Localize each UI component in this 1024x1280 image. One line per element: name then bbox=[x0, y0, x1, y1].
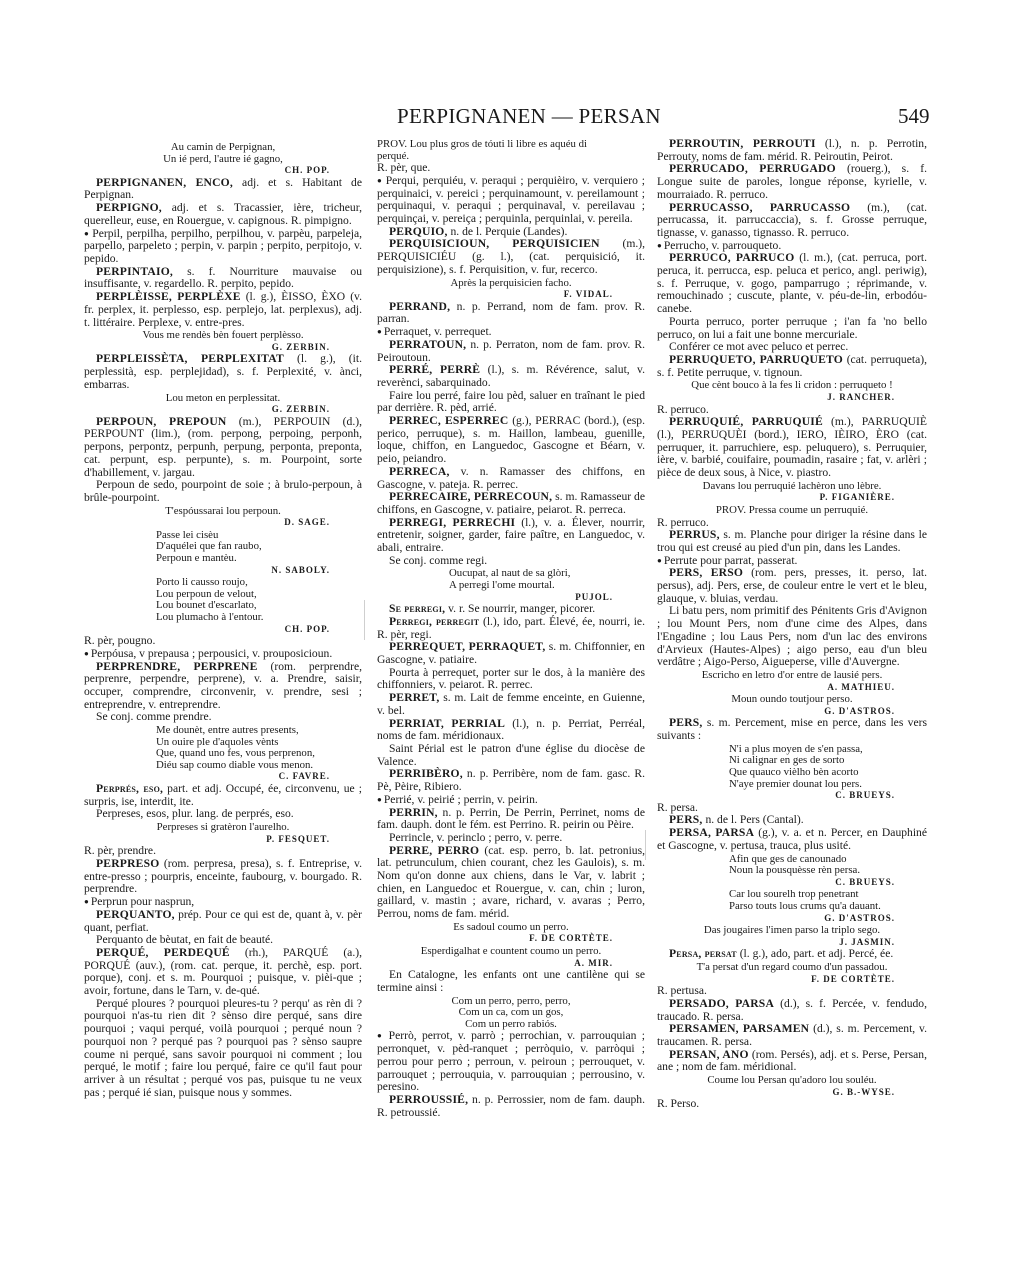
citation-quote: Davans lou perruquié lachèron uno lèbre.… bbox=[657, 481, 927, 504]
dictionary-entry: PERROUTIN, PERROUTI (l.), n. p. Perrotin… bbox=[657, 138, 927, 163]
quote-line: N'aye premier dounat lou pers. bbox=[729, 779, 927, 791]
headword: PERPLÈISSE, PERPLÈXE bbox=[96, 290, 241, 303]
entry-text: Li batu pers, nom primitif des Pénitents… bbox=[657, 604, 927, 668]
citation-quote: Après la perquisicien facho.F. VIDAL. bbox=[377, 278, 645, 301]
headword: Persa, persat bbox=[669, 947, 737, 960]
citation-quote: Me dounèt, entre autres presents,Un ouir… bbox=[84, 725, 362, 783]
dictionary-entry: PERPINTAIO, s. f. Nourriture mauvaise ou… bbox=[84, 266, 362, 291]
dictionary-entry: R. Perso. bbox=[657, 1098, 927, 1111]
headword: PERPINTAIO, bbox=[96, 265, 173, 278]
column-right: PERROUTIN, PERROUTI (l.), n. p. Perrotin… bbox=[657, 138, 927, 1111]
dictionary-entry: Perpoun de sedo, pourpoint de soie ; à b… bbox=[84, 479, 362, 504]
citation-quote: Es sadoul coumo un perro.F. DE CORTÈTE. bbox=[377, 922, 645, 945]
quote-source: A. MATHIEU. bbox=[657, 682, 927, 694]
entry-text: Perpreses, esos, plur. lang. de perprés,… bbox=[96, 807, 294, 820]
entry-text: Perrucho, v. parrouqueto. bbox=[664, 239, 781, 252]
headword: PERRE, PERRO bbox=[389, 844, 479, 857]
entry-text: Pourta à perrequet, porter sur le dos, à… bbox=[377, 666, 645, 692]
quote-line: Esperdigalhat e countent coumo un perro. bbox=[377, 946, 645, 958]
headword: PERSADO, PARSA bbox=[669, 997, 774, 1010]
dictionary-entry: PERREQUET, PERRAQUET, s. m. Chiffonnier,… bbox=[377, 641, 645, 666]
citation-quote: N'i a plus moyen de s'en passa,Ni calign… bbox=[657, 744, 927, 802]
quote-source: C. BRUEYS. bbox=[729, 790, 927, 802]
dictionary-entry: PERSADO, PARSA (d.), s. f. Percée, v. fe… bbox=[657, 998, 927, 1023]
dictionary-entry: Perpreses, esos, plur. lang. de perprés,… bbox=[84, 808, 362, 821]
headword: Perprés, eso, bbox=[96, 782, 163, 795]
dictionary-entry: PERSA, PARSA (g.), v. a. et n. Percer, e… bbox=[657, 827, 927, 852]
citation-quote: Passe lei cisèuD'aquélei que fan raubo, … bbox=[84, 530, 362, 576]
headword: PERRIN, bbox=[389, 806, 438, 819]
dictionary-entry: PERPLEISSÈTA, PERPLEXITAT (l. g.), (it. … bbox=[84, 353, 362, 391]
dictionary-entry: Persa, persat (l. g.), ado, part. et adj… bbox=[657, 948, 927, 961]
cross-reference-entry: Perrò, perrot, v. parrò ; perrochian, v.… bbox=[377, 1030, 645, 1094]
headword: PERRET, bbox=[389, 691, 439, 704]
headword: PERPRESO bbox=[96, 857, 159, 870]
headword: PERPLEISSÈTA, PERPLEXITAT bbox=[96, 352, 284, 365]
quote-line: Das jougaires l'imen parso la triplo seg… bbox=[657, 925, 927, 937]
headword: PERQUANTO, bbox=[96, 908, 175, 921]
entry-text: Perqué ploures ? pourquoi pleures-tu ? p… bbox=[84, 997, 362, 1099]
entry-text: R. pèr, que. bbox=[377, 161, 430, 174]
dictionary-entry: Saint Périal est le patron d'une église … bbox=[377, 743, 645, 768]
citation-quote: Das jougaires l'imen parso la triplo seg… bbox=[657, 925, 927, 948]
dictionary-entry: PERRUCADO, PERRUGADO (rouerg.), s. f. Lo… bbox=[657, 163, 927, 201]
quote-source: D. SAGE. bbox=[84, 517, 362, 529]
dictionary-entry: PERREGI, PERRECHI (l.), v. a. Élever, no… bbox=[377, 517, 645, 555]
citation-quote: Lou meton en perplessitat.G. ZERBIN. bbox=[84, 393, 362, 416]
dictionary-entry: PERPRENDRE, PERPRENE (rom. perprendre, p… bbox=[84, 661, 362, 712]
quote-line: Coume lou Persan qu'adoro lou souléu. bbox=[657, 1075, 927, 1087]
entry-text: En Catalogne, les enfants ont une cantil… bbox=[377, 968, 645, 994]
dictionary-entry: PERRUQUIÉ, PARRUQUIÉ (m.), PARRUQUIÈ (l.… bbox=[657, 416, 927, 480]
headword: PERQUISICIOUN, PERQUISICIEN bbox=[389, 237, 600, 250]
headword: PERPRENDRE, PERPRENE bbox=[96, 660, 258, 673]
dictionary-entry: PERRUQUETO, PARRUQUETO (cat. perruqueta)… bbox=[657, 354, 927, 379]
quote-source: F. DE CORTÈTE. bbox=[377, 933, 645, 945]
dictionary-entry: PERSAN, ANO (rom. Persés), adj. et s. Pe… bbox=[657, 1049, 927, 1074]
quote-line: T'a persat d'un regard coumo d'un passad… bbox=[657, 962, 927, 974]
dictionary-entry: PERRECA, v. n. Ramasser des chiffons, en… bbox=[377, 466, 645, 491]
headword: PERRUQUIÉ, PARRUQUIÉ bbox=[669, 415, 823, 428]
entry-text: Perrute pour parrat, passerat. bbox=[664, 554, 798, 567]
quote-source: CH. POP. bbox=[156, 624, 362, 636]
headword: Se perregi, bbox=[389, 602, 445, 615]
headword: PERQUÉ, PERDEQUÉ bbox=[96, 946, 230, 959]
quote-line: Que quauco vièlho bèn acorto bbox=[729, 767, 927, 779]
entry-text: R. Perso. bbox=[657, 1097, 699, 1110]
citation-quote: Que cènt bouco à la fes li cridon : perr… bbox=[657, 380, 927, 403]
headword: PERRIAT, PERRIAL bbox=[389, 717, 505, 730]
headword: PERRAND, bbox=[389, 300, 450, 313]
dictionary-entry: PERQUISICIOUN, PERQUISICIEN (m.), PERQUI… bbox=[377, 238, 645, 276]
quote-line: Noun la pousquèsse rèn persa. bbox=[729, 865, 927, 877]
citation-quote: Au camin de Perpignan,Un ié perd, l'autr… bbox=[84, 142, 362, 177]
entry-text: Perrié, v. peirié ; perrin, v. peirin. bbox=[384, 793, 538, 806]
entry-text: Se conj. comme regi. bbox=[389, 554, 487, 567]
entry-text: n. de l. Perquie (Landes). bbox=[448, 225, 568, 238]
quote-line: Un ié perd, l'autre ié gagno, bbox=[84, 154, 362, 166]
scan-artifact bbox=[645, 830, 646, 860]
citation-quote: PROV. Lou plus gros de tóuti li libre es… bbox=[377, 139, 645, 162]
citation-quote: T'espóussarai lou perpoun.D. SAGE. bbox=[84, 506, 362, 529]
citation-quote: Vous me rendès bèn fouert perplèsso.G. Z… bbox=[84, 330, 362, 353]
entry-text: Conférer ce mot avec peluco et perrec. bbox=[669, 340, 848, 353]
entry-text: R. pèr, pougno. bbox=[84, 634, 155, 647]
dictionary-entry: PERRAND, n. p. Perrand, nom de fam. prov… bbox=[377, 301, 645, 326]
entry-text: R. pertusa. bbox=[657, 984, 707, 997]
entry-text: Pourta perruco, porter perruque ; i'an f… bbox=[657, 315, 927, 341]
quote-line: Parso touts lous crums qu'a dauant. bbox=[729, 901, 927, 913]
quote-line: Lou meton en perplessitat. bbox=[84, 393, 362, 405]
dictionary-entry: PERREC, ESPERREC (g.), PERRAC (bord.), (… bbox=[377, 415, 645, 466]
dictionary-entry: PERPLÈISSE, PERPLÈXE (l. g.), ÈISSO, ÈXO… bbox=[84, 291, 362, 329]
entry-text: Perquanto de bèutat, en fait de beauté. bbox=[96, 933, 273, 946]
quote-line: Lou plumacho à l'entour. bbox=[156, 612, 362, 624]
dictionary-entry: PERPOUN, PREPOUN (m.), PERPOUIN (d.), PE… bbox=[84, 416, 362, 480]
headword: PERPIGNO, bbox=[96, 201, 162, 214]
headword: PERSAN, ANO bbox=[669, 1048, 749, 1061]
dictionary-entry: En Catalogne, les enfants ont une cantil… bbox=[377, 969, 645, 994]
quote-line: Diéu sap coumo diable vous menon. bbox=[156, 760, 362, 772]
quote-source: C. BRUEYS. bbox=[729, 877, 927, 889]
headword: Perregi, perregit bbox=[389, 615, 479, 628]
entry-text: v. r. Se nourrir, manger, picorer. bbox=[445, 602, 595, 615]
headword: PERS, ERSO bbox=[669, 566, 743, 579]
dictionary-entry: PERROUSSIÉ, n. p. Perrossier, nom de fam… bbox=[377, 1094, 645, 1119]
citation-quote: Car lou sourelh trop penetrantParso tout… bbox=[657, 889, 927, 924]
headword: PERS, bbox=[669, 813, 703, 826]
headword: PERPOUN, PREPOUN bbox=[96, 415, 226, 428]
entry-text: n. de l. Pers (Cantal). bbox=[703, 813, 804, 826]
entry-text: Saint Périal est le patron d'une église … bbox=[377, 742, 645, 768]
headword: PERROUSSIÉ, bbox=[389, 1093, 468, 1106]
entry-text: Perpóusa, v prepausa ; perpousici, v. pr… bbox=[91, 647, 332, 660]
dictionary-entry: PERQUANTO, prép. Pour ce qui est de, qua… bbox=[84, 909, 362, 934]
headword: PERRUCASSO, PARRUCASSO bbox=[669, 201, 850, 214]
quote-source: P. FIGANIÈRE. bbox=[657, 492, 927, 504]
entry-text: R. persa. bbox=[657, 801, 698, 814]
dictionary-entry: PERRUCASSO, PARRUCASSO (m.), (cat. perru… bbox=[657, 202, 927, 240]
headword: PERRUCO, PARRUCO bbox=[669, 251, 794, 264]
entry-text: Perprun pour nasprun, bbox=[91, 895, 194, 908]
quote-line: Que cènt bouco à la fes li cridon : perr… bbox=[657, 380, 927, 392]
dictionary-entry: Faire lou perré, faire lou pèd, saluer e… bbox=[377, 390, 645, 415]
citation-quote: Com un perro, perro, perro,Com un ca, co… bbox=[377, 996, 645, 1031]
citation-quote: Oucupat, al naut de sa glòri,A perregi l… bbox=[377, 568, 645, 603]
column-middle: PROV. Lou plus gros de tóuti li libre es… bbox=[377, 138, 645, 1119]
quote-line: Moun oundo toutjour perso. bbox=[657, 694, 927, 706]
citation-quote: Afin que ges de canounadoNoun la pousquè… bbox=[657, 854, 927, 889]
quote-line: Escricho en letro d'or entre de lausié p… bbox=[657, 670, 927, 682]
dictionary-entry: Pourta à perrequet, porter sur le dos, à… bbox=[377, 667, 645, 692]
headword: PERS, bbox=[669, 716, 703, 729]
cross-reference-entry: Perqui, perquiéu, v. peraqui ; perquièir… bbox=[377, 175, 645, 226]
quote-source: G. D'ASTROS. bbox=[729, 913, 927, 925]
dictionary-entry: PERRET, s. m. Lait de femme enceinte, en… bbox=[377, 692, 645, 717]
dictionary-entry: PERRÉ, PERRÈ (l.), s. m. Révérence, salu… bbox=[377, 364, 645, 389]
entry-text: Perpil, perpilha, perpilho, perpilhou, v… bbox=[84, 227, 362, 265]
page-title: PERPIGNANEN — PERSAN bbox=[397, 104, 661, 129]
dictionary-entry: PERRATOUN, n. p. Perraton, nom de fam. p… bbox=[377, 339, 645, 364]
headword: PERRECA, bbox=[389, 465, 450, 478]
dictionary-entry: PERPIGNO, adj. et s. Tracassier, ière, t… bbox=[84, 202, 362, 227]
dictionary-entry: PERS, ERSO (rom. pers, presses, it. pers… bbox=[657, 567, 927, 605]
entry-text: Perrincle, v. perinclo ; perro, v. perre… bbox=[389, 831, 562, 844]
headword: PERREGI, PERRECHI bbox=[389, 516, 515, 529]
headword: PERRATOUN, bbox=[389, 338, 466, 351]
headword: PERPIGNANEN, ENCO, bbox=[96, 176, 233, 189]
quote-line: Me dounèt, entre autres presents, bbox=[156, 725, 362, 737]
scan-artifact bbox=[364, 600, 365, 640]
quote-line: Davans lou perruquié lachèron uno lèbre. bbox=[657, 481, 927, 493]
entry-text: Perrò, perrot, v. parrò ; perrochian, v.… bbox=[377, 1029, 645, 1093]
dictionary-entry: PERRIN, n. p. Perrin, De Perrin, Perrine… bbox=[377, 807, 645, 832]
headword: PERREC, ESPERREC bbox=[389, 414, 508, 427]
quote-source: N. SABOLY. bbox=[156, 565, 362, 577]
citation-quote: T'a persat d'un regard coumo d'un passad… bbox=[657, 962, 927, 985]
entry-text: R. perruco. bbox=[657, 516, 709, 529]
headword: PERSA, PARSA bbox=[669, 826, 754, 839]
citation-quote: Porto li causso roujo,Lou perpoun de vel… bbox=[84, 577, 362, 635]
dictionary-entry: Pourta perruco, porter perruque ; i'an f… bbox=[657, 316, 927, 341]
quote-line: Es sadoul coumo un perro. bbox=[377, 922, 645, 934]
dictionary-entry: PERRIAT, PERRIAL (l.), n. p. Perriat, Pe… bbox=[377, 718, 645, 743]
entry-text: Perpoun de sedo, pourpoint de soie ; à b… bbox=[84, 478, 362, 504]
quote-line: Perpoun e mantèu. bbox=[156, 553, 362, 565]
dictionary-entry: PERPIGNANEN, ENCO, adj. et s. Habitant d… bbox=[84, 177, 362, 202]
column-left: Au camin de Perpignan,Un ié perd, l'autr… bbox=[84, 141, 362, 1099]
cross-reference-entry: Perpil, perpilha, perpilho, perpilhou, v… bbox=[84, 228, 362, 266]
dictionary-entry: Se conj. comme regi. bbox=[377, 555, 645, 568]
quote-line: Après la perquisicien facho. bbox=[377, 278, 645, 290]
entry-text: Se conj. comme prendre. bbox=[96, 710, 212, 723]
headword: PERRÉ, PERRÈ bbox=[389, 363, 480, 376]
dictionary-entry: Li batu pers, nom primitif des Pénitents… bbox=[657, 605, 927, 669]
quote-line: Perpreses si gratèron l'aurelho. bbox=[84, 822, 362, 834]
entry-text: R. perruco. bbox=[657, 403, 709, 416]
citation-quote: Escricho en letro d'or entre de lausié p… bbox=[657, 670, 927, 693]
headword: PERRUCADO, PERRUGADO bbox=[669, 162, 836, 175]
entry-text: Perqui, perquiéu, v. peraqui ; perquièir… bbox=[377, 174, 645, 225]
dictionary-entry: PERQUÉ, PERDEQUÉ (rh.), PARQUÉ (a.), POR… bbox=[84, 947, 362, 998]
citation-quote: Esperdigalhat e countent coumo un perro.… bbox=[377, 946, 645, 969]
dictionary-entry: PERRIBÈRO, n. p. Perribère, nom de fam. … bbox=[377, 768, 645, 793]
dictionary-entry: Perregi, perregit (l.), ido, part. Élevé… bbox=[377, 616, 645, 641]
quote-line: Vous me rendès bèn fouert perplèsso. bbox=[84, 330, 362, 342]
headword: PERRUQUETO, PARRUQUETO bbox=[669, 353, 843, 366]
headword: PERQUIO, bbox=[389, 225, 448, 238]
dictionary-entry: PERSAMEN, PARSAMEN (d.), s. m. Percement… bbox=[657, 1023, 927, 1048]
citation-quote: Perpreses si gratèron l'aurelho.P. FESQU… bbox=[84, 822, 362, 845]
page-number: 549 bbox=[898, 104, 930, 129]
quote-line: T'espóussarai lou perpoun. bbox=[84, 506, 362, 518]
dictionary-entry: PERPRESO (rom. perpresa, presa), s. f. E… bbox=[84, 858, 362, 896]
dictionary-entry: PERRECAIRE, PERRECOUN, s. m. Ramasseur d… bbox=[377, 491, 645, 516]
dictionary-entry: Perqué ploures ? pourquoi pleures-tu ? p… bbox=[84, 998, 362, 1100]
entry-text: (l. g.), ado, part. et adj. Percé, ée. bbox=[737, 947, 893, 960]
headword: PERRUS, bbox=[669, 528, 720, 541]
dictionary-entry: PERRUS, s. m. Planche pour diriger la ré… bbox=[657, 529, 927, 554]
citation-quote: Moun oundo toutjour perso.G. D'ASTROS. bbox=[657, 694, 927, 717]
headword: PERSAMEN, PARSAMEN bbox=[669, 1022, 809, 1035]
headword: PERREQUET, PERRAQUET, bbox=[389, 640, 545, 653]
dictionary-entry: PERS, s. m. Percement, mise en perce, da… bbox=[657, 717, 927, 742]
entry-text: Faire lou perré, faire lou pèd, saluer e… bbox=[377, 389, 645, 415]
dictionary-entry: Se conj. comme prendre. bbox=[84, 711, 362, 724]
quote-line: Au camin de Perpignan, bbox=[84, 142, 362, 154]
dictionary-entry: PERRUCO, PARRUCO (l. m.), (cat. perruca,… bbox=[657, 252, 927, 316]
headword: PERROUTIN, PERROUTI bbox=[669, 137, 816, 150]
citation-quote: Coume lou Persan qu'adoro lou souléu.G. … bbox=[657, 1075, 927, 1098]
dictionary-entry: Perprés, eso, part. et adj. Occupé, ée, … bbox=[84, 783, 362, 808]
entry-text: R. pèr, prendre. bbox=[84, 844, 156, 857]
quote-line: PROV. Lou plus gros de tóuti li libre es… bbox=[377, 139, 645, 151]
dictionary-entry: PERRE, PERRO (cat. esp. perro, b. lat. p… bbox=[377, 845, 645, 921]
quote-line: A perregi l'ome mourtal. bbox=[449, 580, 645, 592]
entry-text: Perraquet, v. perrequet. bbox=[384, 325, 492, 338]
running-header: PERPIGNANEN — PERSAN 549 bbox=[0, 104, 1024, 134]
headword: PERRECAIRE, PERRECOUN, bbox=[389, 490, 552, 503]
headword: PERRIBÈRO, bbox=[389, 767, 463, 780]
